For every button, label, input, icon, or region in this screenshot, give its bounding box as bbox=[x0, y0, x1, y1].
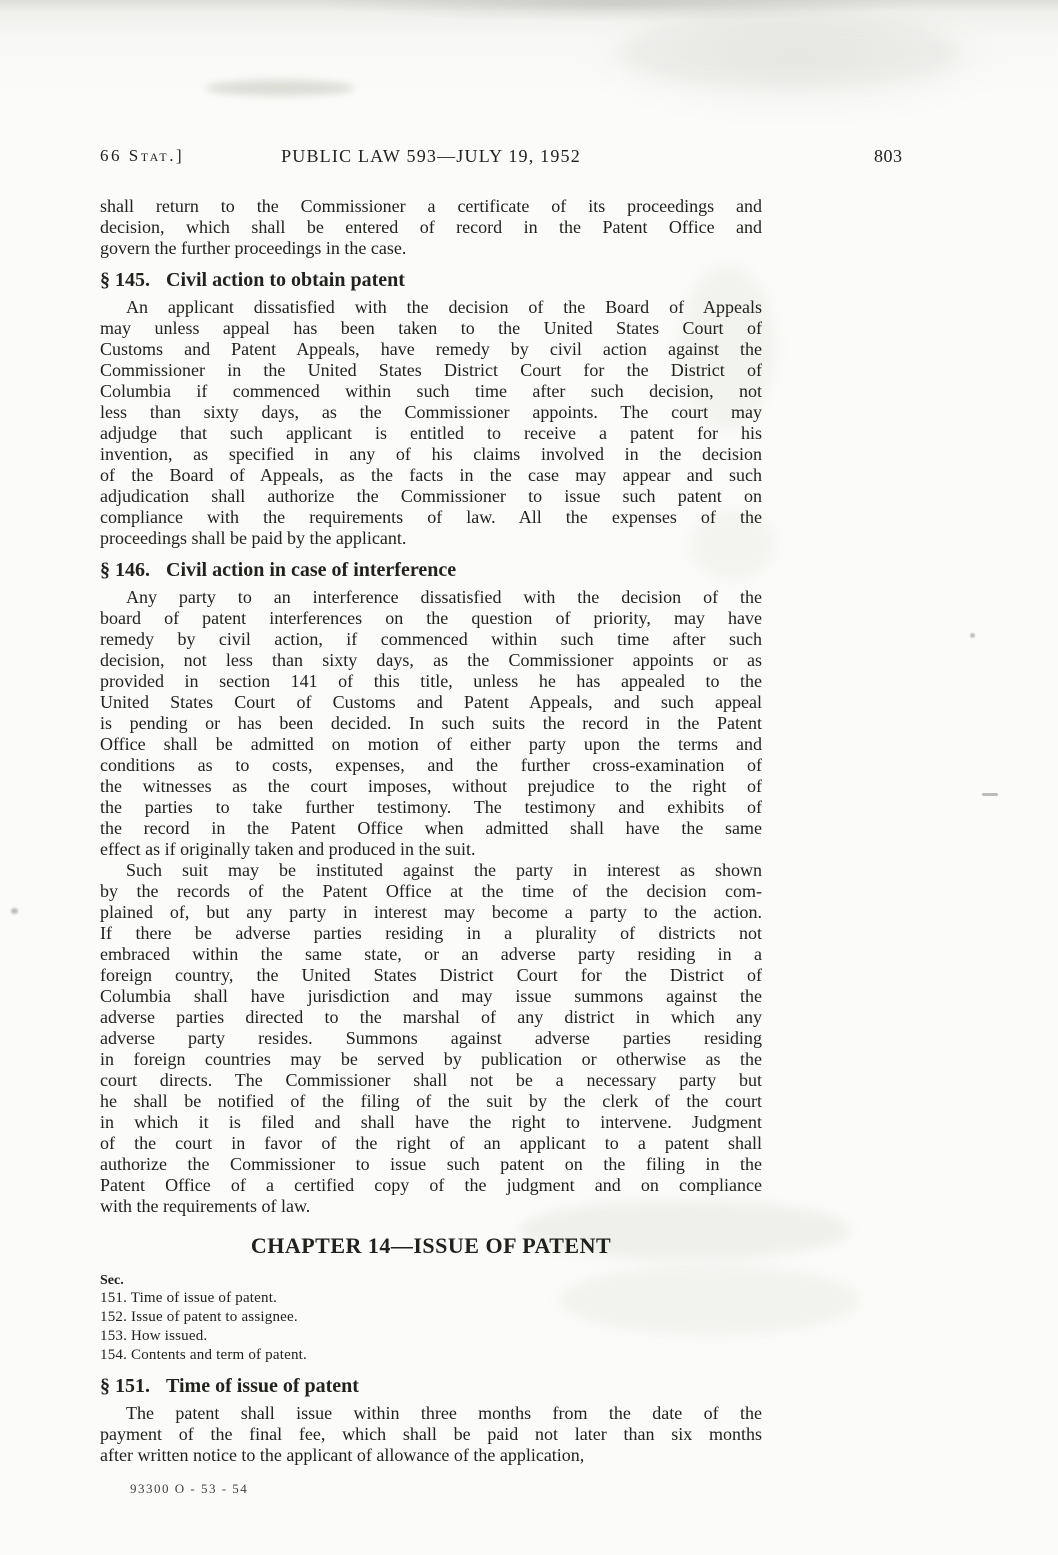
toc-entry: 151. Time of issue of patent. bbox=[100, 1289, 762, 1308]
toc-entry: 152. Issue of patent to assignee. bbox=[100, 1308, 762, 1327]
text-line: decision, not less than sixty days, as t… bbox=[100, 650, 762, 671]
section-number: § 151. bbox=[100, 1375, 150, 1397]
text-line: is pending or has been decided. In such … bbox=[100, 713, 762, 734]
text-line: of the court in favor of the right of an… bbox=[100, 1133, 762, 1154]
text-line: the witnesses as the court imposes, with… bbox=[100, 776, 762, 797]
text-column: shall return to the Commissioner a certi… bbox=[100, 196, 762, 1466]
text-line: Customs and Patent Appeals, have remedy … bbox=[100, 339, 762, 360]
text-line: the record in the Patent Office when adm… bbox=[100, 818, 762, 839]
text-line: adverse parties directed to the marshal … bbox=[100, 1007, 762, 1028]
text-line: Such suit may be instituted against the … bbox=[100, 860, 762, 881]
section-145-paragraph: An applicant dissatisfied with the decis… bbox=[100, 297, 762, 549]
section-number: § 145. bbox=[100, 269, 150, 291]
chapter-toc: 151. Time of issue of patent.152. Issue … bbox=[100, 1289, 762, 1365]
section-151-paragraph: The patent shall issue within three mont… bbox=[100, 1403, 762, 1466]
page-number: 803 bbox=[874, 146, 903, 167]
text-line: provided in section 141 of this title, u… bbox=[100, 671, 762, 692]
text-line: with the requirements of law. bbox=[100, 1196, 762, 1217]
text-line: after written notice to the applicant of… bbox=[100, 1445, 762, 1466]
text-line: adjudication shall authorize the Commiss… bbox=[100, 486, 762, 507]
text-line: in foreign countries may be served by pu… bbox=[100, 1049, 762, 1070]
page-footer: 93300 O - 53 - 54 bbox=[130, 1480, 248, 1498]
text-line: foreign country, the United States Distr… bbox=[100, 965, 762, 986]
section-title: Civil action to obtain patent bbox=[166, 269, 405, 291]
text-line: shall return to the Commissioner a certi… bbox=[100, 196, 762, 217]
text-line: If there be adverse parties residing in … bbox=[100, 923, 762, 944]
text-line: less than sixty days, as the Commissione… bbox=[100, 402, 762, 423]
toc-entry: 153. How issued. bbox=[100, 1327, 762, 1346]
text-line: court directs. The Commissioner shall no… bbox=[100, 1070, 762, 1091]
text-line: Patent Office of a certified copy of the… bbox=[100, 1175, 762, 1196]
toc-entry: 154. Contents and term of patent. bbox=[100, 1346, 762, 1365]
ink-speck bbox=[970, 633, 975, 638]
text-line: invention, as specified in any of his cl… bbox=[100, 444, 762, 465]
text-line: adverse party resides. Summons against a… bbox=[100, 1028, 762, 1049]
text-line: authorize the Commissioner to issue such… bbox=[100, 1154, 762, 1175]
text-line: by the records of the Patent Office at t… bbox=[100, 881, 762, 902]
section-title: Civil action in case of interference bbox=[166, 559, 456, 581]
text-line: decision, which shall be entered of reco… bbox=[100, 217, 762, 238]
law-title: PUBLIC LAW 593—JULY 19, 1952 bbox=[100, 146, 762, 167]
text-line: board of patent interferences on the que… bbox=[100, 608, 762, 629]
text-line: proceedings shall be paid by the applica… bbox=[100, 528, 762, 549]
ink-speck bbox=[982, 793, 998, 796]
section-151-heading: § 151.Time of issue of patent bbox=[100, 1374, 762, 1398]
text-line: Columbia shall have jurisdiction and may… bbox=[100, 986, 762, 1007]
intro-paragraph: shall return to the Commissioner a certi… bbox=[100, 196, 762, 259]
text-line: in which it is filed and shall have the … bbox=[100, 1112, 762, 1133]
page-header: 66 Stat.] PUBLIC LAW 593—JULY 19, 1952 8… bbox=[0, 146, 1058, 170]
section-title: Time of issue of patent bbox=[166, 1375, 359, 1397]
chapter-heading: CHAPTER 14—ISSUE OF PATENT bbox=[100, 1233, 762, 1259]
text-line: plained of, but any party in interest ma… bbox=[100, 902, 762, 923]
text-line: may unless appeal has been taken to the … bbox=[100, 318, 762, 339]
text-line: conditions as to costs, expenses, and th… bbox=[100, 755, 762, 776]
text-line: effect as if originally taken and produc… bbox=[100, 839, 762, 860]
ink-speck bbox=[11, 908, 18, 914]
text-line: compliance with the requirements of law.… bbox=[100, 507, 762, 528]
text-line: embraced within the same state, or an ad… bbox=[100, 944, 762, 965]
section-146-heading: § 146.Civil action in case of interferen… bbox=[100, 558, 762, 582]
text-line: the parties to take further testimony. T… bbox=[100, 797, 762, 818]
document-page: 66 Stat.] PUBLIC LAW 593—JULY 19, 1952 8… bbox=[0, 0, 1058, 1555]
scan-smudge bbox=[205, 80, 355, 96]
text-line: payment of the final fee, which shall be… bbox=[100, 1424, 762, 1445]
text-line: remedy by civil action, if commenced wit… bbox=[100, 629, 762, 650]
text-line: The patent shall issue within three mont… bbox=[100, 1403, 762, 1424]
print-code: 93300 O - 53 - 54 bbox=[130, 1481, 248, 1496]
section-145-heading: § 145.Civil action to obtain patent bbox=[100, 268, 762, 292]
text-line: Any party to an interference dissatisfie… bbox=[100, 587, 762, 608]
text-line: United States Court of Customs and Paten… bbox=[100, 692, 762, 713]
scan-smudge bbox=[620, 18, 960, 88]
text-line: An applicant dissatisfied with the decis… bbox=[100, 297, 762, 318]
text-line: of the Board of Appeals, as the facts in… bbox=[100, 465, 762, 486]
text-line: he shall be notified of the filing of th… bbox=[100, 1091, 762, 1112]
section-146-paragraph-1: Any party to an interference dissatisfie… bbox=[100, 587, 762, 860]
text-line: adjudge that such applicant is entitled … bbox=[100, 423, 762, 444]
text-line: govern the further proceedings in the ca… bbox=[100, 238, 762, 259]
section-146-paragraph-2: Such suit may be instituted against the … bbox=[100, 860, 762, 1217]
text-line: Office shall be admitted on motion of ei… bbox=[100, 734, 762, 755]
text-line: Columbia if commenced within such time a… bbox=[100, 381, 762, 402]
text-line: Commissioner in the United States Distri… bbox=[100, 360, 762, 381]
sec-label: Sec. bbox=[100, 1272, 762, 1289]
section-number: § 146. bbox=[100, 559, 150, 581]
